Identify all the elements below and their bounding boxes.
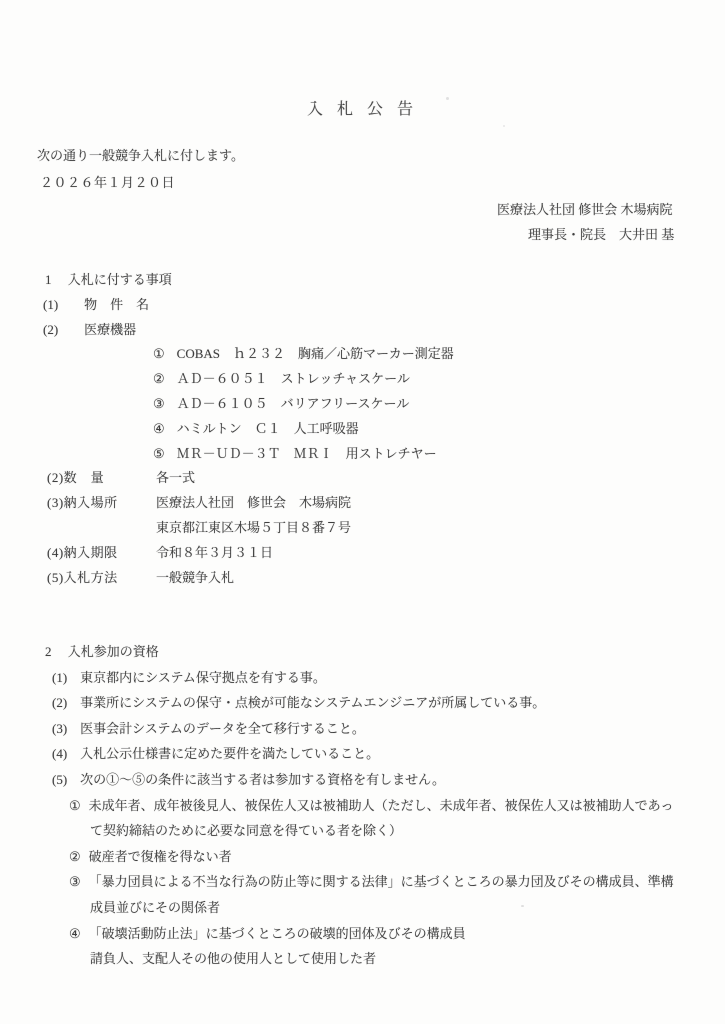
exclusion-item: ②破産者で復権を得ない者 [38,844,674,870]
section-1-subitem-medical-equipment: (2) 医療機器 [38,318,454,343]
detail-value: 医療法人社団 修世会 木場病院 [156,495,351,510]
exclusion-item: ④「破壊活動防止法」に基づくところの破壊的団体及びその構成員 [38,921,674,947]
circled-number: ④ [69,921,81,947]
section-bid-qualifications: 2 入札参加の資格 (1) 東京都内にシステム保守拠点を有する事。 (2) 事業… [38,639,674,972]
detail-label: (4)納入期限 [47,541,156,566]
equipment-text: COBAS ｈ２３２ 胸痛／心筋マーカー測定器 [177,346,454,361]
equipment-text: ＡＤ－６１０５ バリアフリースケール [177,396,410,411]
exclusion-text: 「暴力団員による不当な行為の防止等に関する法律」に基づくところの暴力団及びその構… [89,874,674,889]
detail-row-bid-method: (5)入札方法一般競争入札 [38,566,454,591]
qualification-condition: (5) 次の①～⑤の条件に該当する者は参加する資格を有しません。 [38,767,674,793]
equipment-text: ＭＲ－ＵＤ－３Ｔ ＭＲＩ 用ストレチヤー [177,446,437,461]
circled-number: ④ [153,417,165,442]
exclusion-text-continued: 成員並びにその関係者 [38,895,674,921]
circled-number: ② [69,844,81,870]
circled-number: ③ [69,869,81,895]
scan-speck [503,125,505,127]
detail-label: (5)入札方法 [47,566,156,591]
detail-row-quantity: (2)数 量各一式 [38,466,454,491]
detail-row-delivery-deadline: (4)納入期限令和８年３月３１日 [38,541,454,566]
section-2-heading: 2 入札参加の資格 [38,639,674,665]
detail-row-delivery-place: (3)納入場所医療法人社団 修世会 木場病院 [38,491,454,516]
exclusion-text: 破産者で復権を得ない者 [89,849,232,864]
equipment-item: ①COBAS ｈ２３２ 胸痛／心筋マーカー測定器 [38,342,454,367]
detail-value: 令和８年３月３１日 [156,545,273,560]
scan-speck [521,905,524,907]
document-title: 入 札 公 告 [0,96,725,119]
intro-line: 次の通り一般競争入札に付します。 [37,145,244,164]
qualification-condition: (3) 医事会計システムのデータを全て移行すること。 [38,716,674,742]
document-page: 入 札 公 告 次の通り一般競争入札に付します。 ２０２６年１月２０日 医療法人… [0,0,725,1024]
circled-number: ② [153,367,165,392]
section-bid-items: 1 入札に付する事項 (1) 物 件 名 (2) 医療機器 ①COBAS ｈ２３… [38,268,454,590]
qualification-condition: (1) 東京都内にシステム保守拠点を有する事。 [38,665,674,691]
circled-number: ① [153,342,165,367]
scan-speck [446,97,449,100]
qualification-condition: (2) 事業所にシステムの保守・点検が可能なシステムエンジニアが所属している事。 [38,690,674,716]
equipment-text: ＡＤ－６０５１ ストレッチャスケール [177,371,410,386]
detail-label: (2)数 量 [47,466,156,491]
exclusion-text: 「破壊活動防止法」に基づくところの破壊的団体及びその構成員 [89,926,466,941]
detail-value: 東京都江東区木場５丁目８番７号 [156,520,351,535]
section-1-subitem-property-name: (1) 物 件 名 [38,293,454,318]
circled-number: ③ [153,392,165,417]
detail-value: 各一式 [156,470,195,485]
circled-number: ① [69,793,81,819]
detail-value: 一般競争入札 [156,570,234,585]
exclusion-item: ①未成年者、成年被後見人、被保佐人又は被補助人（ただし、未成年者、被保佐人又は被… [38,793,674,819]
exclusion-text-continued: て契約締結のために必要な同意を得ている者を除く） [38,818,674,844]
qualification-condition: (4) 入札公示仕様書に定めた要件を満たしていること。 [38,741,674,767]
date-line: ２０２６年１月２０日 [40,172,175,191]
issuer-organization: 医療法人社団 修世会 木場病院 [497,199,673,218]
exclusion-text: 未成年者、成年被後見人、被保佐人又は被補助人（ただし、未成年者、被保佐人又は被補… [89,798,674,813]
section-1-heading: 1 入札に付する事項 [38,268,454,293]
exclusion-text-continued: 請負人、支配人その他の使用人として使用した者 [38,946,674,972]
issuer-representative: 理事長・院長 大井田 基 [528,224,674,243]
exclusion-item: ③「暴力団員による不当な行為の防止等に関する法律」に基づくところの暴力団及びその… [38,869,674,895]
circled-number: ⑤ [153,442,165,467]
equipment-item: ⑤ＭＲ－ＵＤ－３Ｔ ＭＲＩ 用ストレチヤー [38,442,454,467]
equipment-item: ③ＡＤ－６１０５ バリアフリースケール [38,392,454,417]
detail-label: (3)納入場所 [47,491,156,516]
equipment-item: ④ハミルトン Ｃ１ 人工呼吸器 [38,417,454,442]
equipment-text: ハミルトン Ｃ１ 人工呼吸器 [177,421,359,436]
equipment-item: ②ＡＤ－６０５１ ストレッチャスケール [38,367,454,392]
detail-row-delivery-address: 東京都江東区木場５丁目８番７号 [38,516,454,541]
